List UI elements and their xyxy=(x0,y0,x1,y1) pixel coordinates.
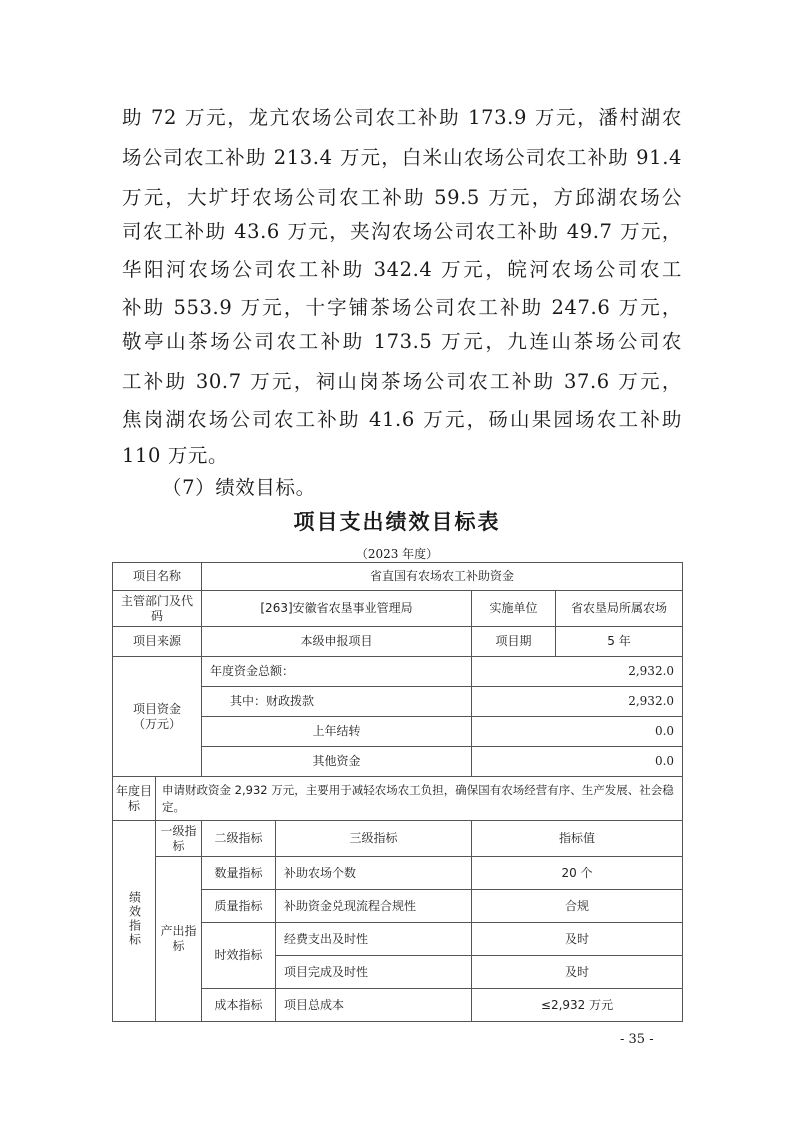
indicator-level2: 数量指标 xyxy=(202,857,276,890)
indicator-level2: 质量指标 xyxy=(202,890,276,923)
text-line: 助 72 万元，龙亢农场公司农工补助 173.9 万元，潘村湖农 xyxy=(122,102,682,134)
header-level3: 三级指标 xyxy=(276,821,472,857)
text-line: 场公司农工补助 213.4 万元，白米山农场公司农工补助 91.4 xyxy=(122,142,682,174)
period-label: 项目期 xyxy=(472,627,556,657)
text-line: 敬亭山茶场公司农工补助 173.5 万元，九连山茶场公司农 xyxy=(122,326,682,358)
table-year: （2023 年度） xyxy=(0,545,794,562)
text-line: 司农工补助 43.6 万元，夹沟农场公司农工补助 49.7 万元， xyxy=(122,216,682,248)
indicator-value: 及时 xyxy=(472,956,683,989)
funds-total-label: 年度资金总额： xyxy=(202,657,472,687)
funds-fiscal-value: 2,932.0 xyxy=(472,687,683,717)
indicator-level3: 补助资金兑现流程合规性 xyxy=(276,890,472,923)
dept-label: 主管部门及代码 xyxy=(113,591,202,627)
indicator-level2: 时效指标 xyxy=(202,923,276,989)
text-line: 焦岗湖农场公司农工补助 41.6 万元，砀山果园场农工补助 xyxy=(122,404,682,436)
header-value: 指标值 xyxy=(472,821,683,857)
perf-indicators-label: 绩效指标 xyxy=(113,821,156,1022)
indicator-value: 合规 xyxy=(472,890,683,923)
impl-unit-value: 省农垦局所属农场 xyxy=(556,591,683,627)
dept-value: [263]安徽省农垦事业管理局 xyxy=(202,591,472,627)
source-value: 本级申报项目 xyxy=(202,627,472,657)
funds-other-value: 0.0 xyxy=(472,747,683,777)
performance-table: 项目名称 省直国有农场农工补助资金 主管部门及代码 [263]安徽省农垦事业管理… xyxy=(112,562,683,1022)
indicator-value: 20 个 xyxy=(472,857,683,890)
funds-label: 项目资金（万元） xyxy=(113,657,202,777)
funds-total-value: 2,932.0 xyxy=(472,657,683,687)
text-line: 华阳河农场公司农工补助 342.4 万元，皖河农场公司农工 xyxy=(122,254,682,286)
annual-goal-label: 年度目标 xyxy=(113,777,156,821)
section-heading: （7）绩效目标。 xyxy=(162,472,682,504)
funds-other-label: 其他资金 xyxy=(202,747,472,777)
source-label: 项目来源 xyxy=(113,627,202,657)
indicator-level3: 补助农场个数 xyxy=(276,857,472,890)
text-line: 工补助 30.7 万元，祠山岗茶场公司农工补助 37.6 万元， xyxy=(122,366,682,398)
text-line: 补助 553.9 万元，十字铺茶场公司农工补助 247.6 万元， xyxy=(122,292,682,324)
indicator-level3: 项目完成及时性 xyxy=(276,956,472,989)
period-value: 5 年 xyxy=(556,627,683,657)
funds-carryover-value: 0.0 xyxy=(472,717,683,747)
impl-unit-label: 实施单位 xyxy=(472,591,556,627)
indicator-level3: 项目总成本 xyxy=(276,989,472,1022)
indicator-value: 及时 xyxy=(472,923,683,956)
header-level2: 二级指标 xyxy=(202,821,276,857)
header-level1: 一级指标 xyxy=(156,821,202,857)
project-name-value: 省直国有农场农工补助资金 xyxy=(202,563,683,591)
project-name-label: 项目名称 xyxy=(113,563,202,591)
level1-output: 产出指标 xyxy=(156,857,202,1022)
table-title: 项目支出绩效目标表 xyxy=(0,506,794,536)
indicator-level3: 经费支出及时性 xyxy=(276,923,472,956)
funds-fiscal-label: 其中：财政拨款 xyxy=(202,687,472,717)
indicator-level2: 成本指标 xyxy=(202,989,276,1022)
perf-label-text: 绩效指标 xyxy=(127,891,142,947)
text-line: 万元，大圹圩农场公司农工补助 59.5 万元，方邱湖农场公 xyxy=(122,182,682,214)
funds-carryover-label: 上年结转 xyxy=(202,717,472,747)
page-number: - 35 - xyxy=(620,1032,654,1047)
indicator-value: ≤2,932 万元 xyxy=(472,989,683,1022)
annual-goal-text: 申请财政资金 2,932 万元，主要用于减轻农场农工负担，确保国有农场经营有序、… xyxy=(156,777,683,821)
text-line: 110 万元。 xyxy=(122,440,682,472)
